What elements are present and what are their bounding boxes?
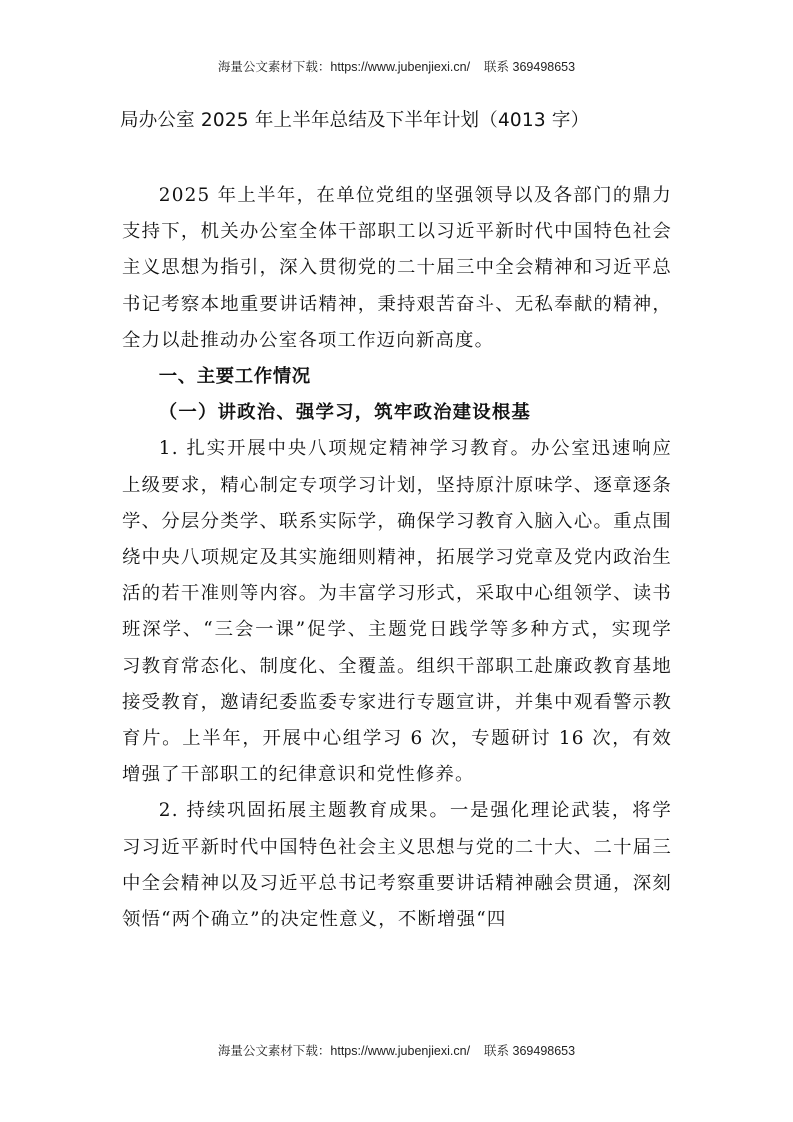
subsection-heading-politics: （一）讲政治、强学习，筑牢政治建设根基 — [122, 395, 672, 431]
header-contact-text: 联系 369498653 — [484, 60, 575, 74]
intro-paragraph: 2025 年上半年，在单位党组的坚强领导以及各部门的鼎力支持下，机关办公室全体干… — [122, 178, 672, 359]
document-body: 2025 年上半年，在单位党组的坚强领导以及各部门的鼎力支持下，机关办公室全体干… — [122, 178, 672, 938]
footer-download-text: 海量公文素材下载：https://www.jubenjiexi.cn/ — [218, 1044, 470, 1058]
paragraph-item-2: 2. 持续巩固拓展主题教育成果。一是强化理论武装，将学习习近平新时代中国特色社会… — [122, 793, 672, 938]
page-header: 海量公文素材下载：https://www.jubenjiexi.cn/联系 36… — [0, 57, 793, 75]
page-footer: 海量公文素材下载：https://www.jubenjiexi.cn/联系 36… — [0, 1041, 793, 1059]
document-title: 局办公室 2025 年上半年总结及下半年计划（4013 字） — [120, 106, 680, 132]
header-download-text: 海量公文素材下载：https://www.jubenjiexi.cn/ — [218, 60, 470, 74]
section-heading-main-work: 一、主要工作情况 — [122, 359, 672, 395]
paragraph-item-1: 1. 扎实开展中央八项规定精神学习教育。办公室迅速响应上级要求，精心制定专项学习… — [122, 431, 672, 793]
footer-contact-text: 联系 369498653 — [484, 1044, 575, 1058]
